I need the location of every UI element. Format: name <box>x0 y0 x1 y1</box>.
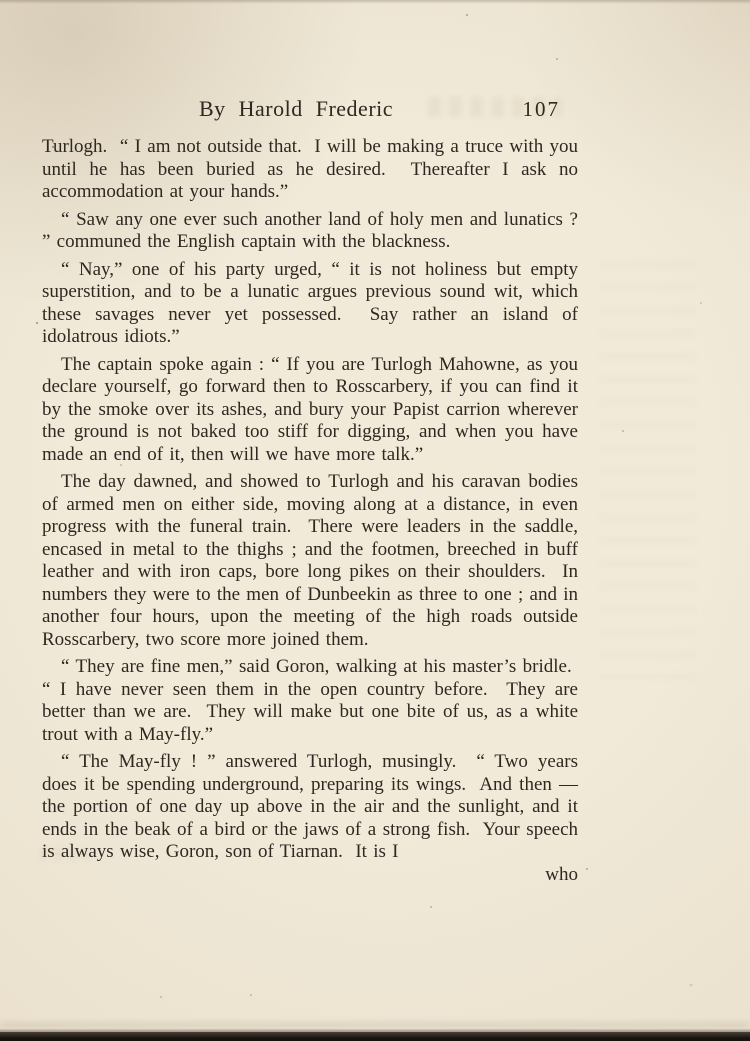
paragraph: “ The May-fly ! ” answered Turlogh, musi… <box>42 751 578 864</box>
running-header: By Harold Frederic 107 <box>42 96 578 124</box>
page-number: 107 <box>523 97 561 122</box>
paragraph: “ Saw any one ever such another land of … <box>42 209 578 254</box>
running-header-title: By Harold Frederic <box>42 96 550 122</box>
paragraph: The day dawned, and showed to Turlogh an… <box>42 471 578 651</box>
scanned-book-page: By Harold Frederic 107 Turlogh. “ I am n… <box>0 0 750 1041</box>
show-through-ghost <box>600 260 696 680</box>
catchword: who <box>42 864 578 887</box>
paragraph-continuation: Turlogh. “ I am not outside that. I will… <box>42 136 578 204</box>
paragraph: “ Nay,” one of his party urged, “ it is … <box>42 259 578 349</box>
text-block: By Harold Frederic 107 Turlogh. “ I am n… <box>42 96 578 886</box>
page-body: Turlogh. “ I am not outside that. I will… <box>42 136 578 886</box>
paragraph: The captain spoke again : “ If you are T… <box>42 354 578 467</box>
paragraph: “ They are fine men,” said Goron, walkin… <box>42 656 578 746</box>
page-bottom-edge <box>0 1032 750 1041</box>
paper-speckles <box>0 0 2 2</box>
